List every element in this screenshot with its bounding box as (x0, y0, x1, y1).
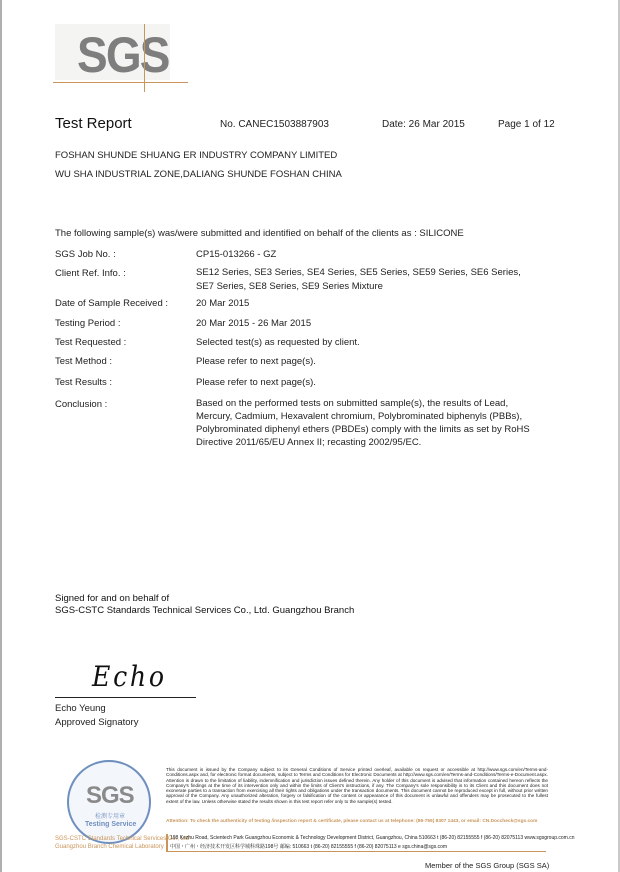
signed-block: Signed for and on behalf of SGS-CSTC Sta… (55, 593, 354, 617)
signature-line (55, 697, 196, 698)
address-accent-bar (166, 834, 168, 851)
address-chinese: 中国・广州・经济技术开发区科学城科珠路198号 邮编: 510663 t (86… (170, 843, 447, 850)
field-value-line: Directive 2011/65/EU Annex II; recasting… (196, 436, 530, 449)
signer-title: Approved Signatory (55, 717, 138, 728)
terms-fineprint: This document is issued by the Company s… (166, 767, 548, 804)
handwritten-signature: Echo (92, 660, 167, 693)
logo-text: SGS (77, 26, 169, 84)
field-label: Testing Period : (55, 318, 120, 329)
client-name: FOSHAN SHUNDE SHUANG ER INDUSTRY COMPANY… (55, 150, 337, 161)
report-date: Date: 26 Mar 2015 (382, 119, 465, 130)
field-label: Date of Sample Received : (55, 298, 168, 309)
field-value: Based on the performed tests on submitte… (196, 397, 530, 449)
field-value: Selected test(s) as requested by client. (196, 335, 360, 350)
field-value: CP15-013266 - GZ (196, 247, 276, 262)
logo-vertical-rule (144, 24, 145, 92)
sgs-group-membership: Member of the SGS Group (SGS SA) (425, 861, 549, 870)
field-value-line: 20 Mar 2015 - 26 Mar 2015 (196, 316, 311, 331)
page-indicator: Page 1 of 12 (498, 119, 555, 130)
testing-service-stamp: SGS 检测专用章 Testing Service SGS-CSTC Stand… (55, 758, 165, 854)
logo-horizontal-rule (53, 82, 188, 83)
field-value-line: 20 Mar 2015 (196, 296, 249, 311)
stamp-chinese-text: 检测专用章 (95, 811, 125, 820)
field-label: Conclusion : (55, 399, 107, 410)
field-value: Please refer to next page(s). (196, 375, 316, 390)
sample-intro: The following sample(s) was/were submitt… (55, 228, 464, 239)
field-label: Test Results : (55, 377, 112, 388)
report-title: Test Report (55, 115, 132, 132)
page-edge-left (0, 0, 2, 872)
stamp-company-line: SGS-CSTC Standards Technical Services Co… (55, 836, 189, 842)
address-english: 198 Kezhu Road, Scientech Park Guangzhou… (170, 835, 575, 841)
field-value-line: Selected test(s) as requested by client. (196, 335, 360, 350)
report-number: No. CANEC1503887903 (220, 119, 329, 130)
field-value-line: Polybrominated diphenyl ethers (PBDEs) c… (196, 423, 530, 436)
field-value: SE12 Series, SE3 Series, SE4 Series, SE5… (196, 266, 521, 294)
field-value-line: Based on the performed tests on submitte… (196, 397, 530, 410)
signed-for-label: Signed for and on behalf of (55, 593, 354, 605)
sgs-logo: SGS (55, 24, 180, 86)
field-value-line: SE7 Series, SE8 Series, SE9 Series Mixtu… (196, 280, 521, 294)
client-address: WU SHA INDUSTRIAL ZONE,DALIANG SHUNDE FO… (55, 169, 342, 180)
field-value: 20 Mar 2015 (196, 296, 249, 311)
field-label: SGS Job No. : (55, 249, 116, 260)
stamp-service-text: Testing Service (85, 821, 136, 828)
authenticity-notice: Attention: To check the authenticity of … (166, 819, 548, 825)
field-value-line: Please refer to next page(s). (196, 375, 316, 390)
field-label: Test Requested : (55, 337, 126, 348)
field-value-line: Mercury, Cadmium, Hexavalent chromium, P… (196, 410, 530, 423)
field-label: Client Ref. Info. : (55, 268, 126, 279)
stamp-branch-line: Guangzhou Branch Chemical Laboratory (55, 844, 164, 850)
field-value: 20 Mar 2015 - 26 Mar 2015 (196, 316, 311, 331)
field-label: Test Method : (55, 356, 112, 367)
signing-organization: SGS-CSTC Standards Technical Services Co… (55, 605, 354, 617)
field-value-line: SE12 Series, SE3 Series, SE4 Series, SE5… (196, 266, 521, 280)
signer-name: Echo Yeung (55, 703, 106, 714)
stamp-logo: SGS (86, 782, 134, 810)
field-value-line: Please refer to next page(s). (196, 354, 316, 369)
footer-rule (166, 851, 546, 852)
field-value-line: CP15-013266 - GZ (196, 247, 276, 262)
field-value: Please refer to next page(s). (196, 354, 316, 369)
